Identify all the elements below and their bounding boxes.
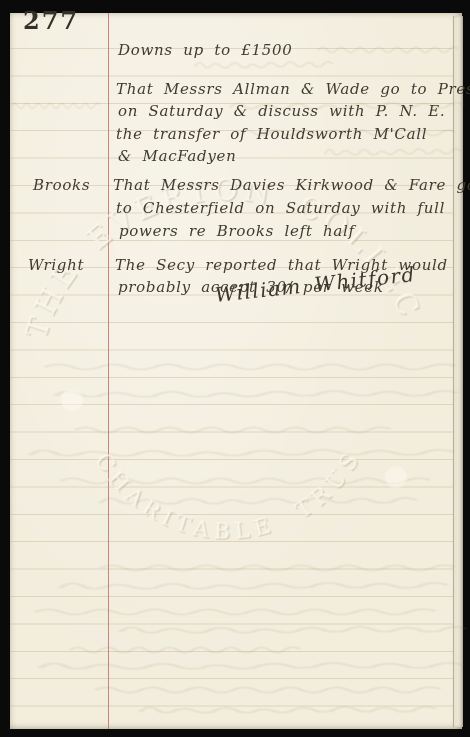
entry-line: the transfer of Houldsworth M'Call (116, 123, 427, 145)
page-number: 277 (23, 6, 79, 35)
entry-label: Wright (28, 254, 84, 276)
page-under-edge (453, 16, 463, 727)
entry-label: Brooks (33, 174, 90, 196)
scanned-minute-book-page: THE EVERTON COLLECTION CHARITABLE TRUST … (0, 0, 470, 737)
entry-line: to Chesterfield on Saturday with full (116, 197, 445, 219)
entry-line: powers re Brooks left half (119, 220, 355, 242)
entry-line: on Saturday & discuss with P. N. E. (118, 100, 445, 122)
entry-line: That Messrs Allman & Wade go to Preston (116, 78, 470, 100)
entry-line: & MacFadyen (118, 145, 236, 167)
entry-line: Downs up to £1500 (118, 39, 293, 61)
red-margin-line (108, 13, 109, 729)
entry-line: That Messrs Davies Kirkwood & Fare go (113, 174, 470, 196)
